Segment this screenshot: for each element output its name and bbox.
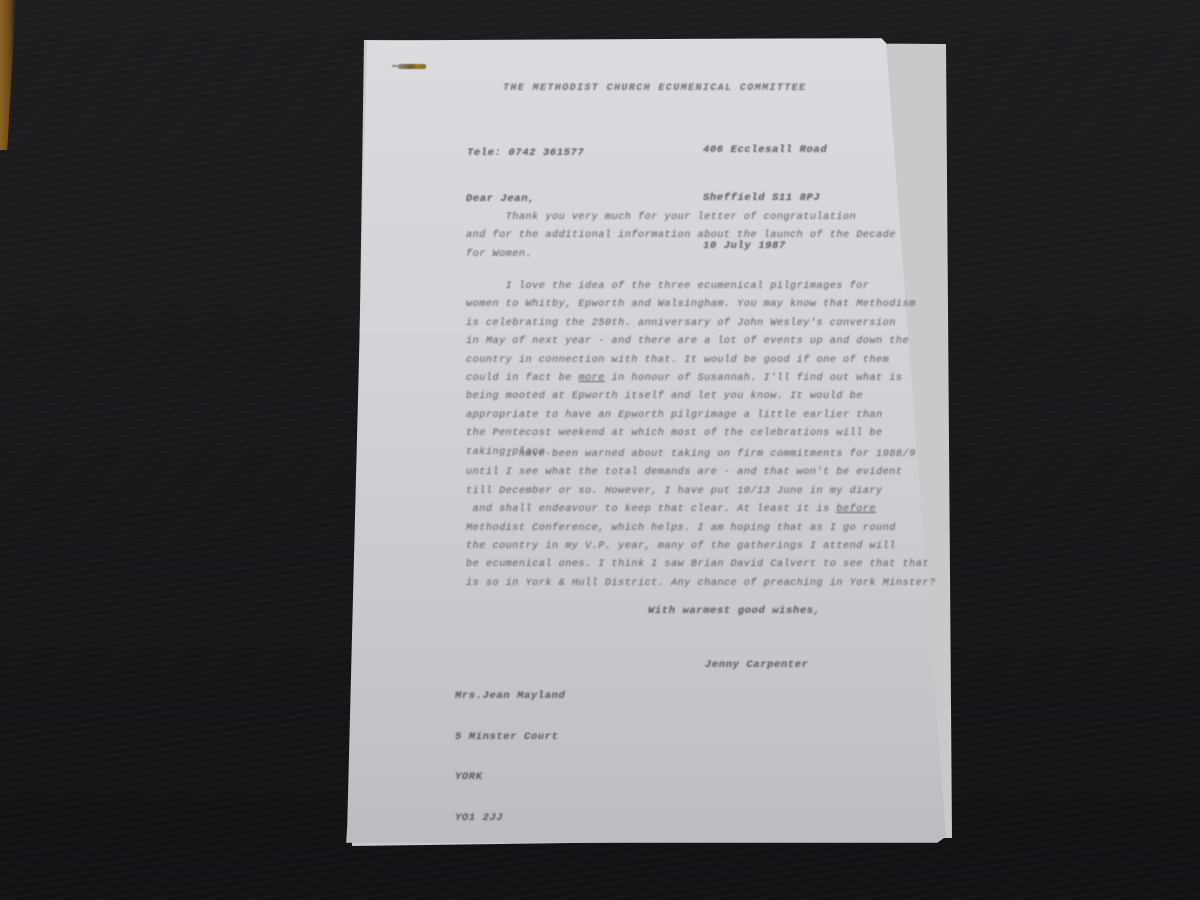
staple-mark: [398, 64, 426, 69]
letterhead: THE METHODIST CHURCH ECUMENICAL COMMITTE…: [503, 80, 806, 98]
paragraph-3: I have been warned about taking on firm …: [466, 446, 926, 593]
paragraph-line: is celebrating the 250th. anniversary of…: [466, 315, 886, 333]
paragraph-line: I love the idea of the three ecumenical …: [466, 278, 886, 296]
paragraph-1: Thank you very much for your letter of c…: [466, 209, 886, 264]
paragraph-line: in May of next year - and there are a lo…: [466, 333, 886, 351]
address-line-street: 406 Ecclesall Road: [703, 142, 827, 158]
recipient-name: Mrs.Jean Mayland: [455, 690, 565, 704]
paragraph-2: I love the idea of the three ecumenical …: [466, 278, 886, 462]
paragraph-line: Thank you very much for your letter of c…: [466, 209, 886, 227]
paragraph-line: until I see what the total demands are -…: [466, 464, 926, 482]
paragraph-line: the country in my V.P. year, many of the…: [466, 538, 926, 556]
paragraph-line: the Pentecost weekend at which most of t…: [466, 425, 886, 443]
paragraph-line: women to Whitby, Epworth and Walsingham.…: [466, 296, 886, 314]
paragraph-line: and shall endeavour to keep that clear. …: [466, 501, 926, 519]
recipient-city: YORK: [455, 771, 565, 785]
paragraph-line: I have been warned about taking on firm …: [466, 446, 926, 464]
closing: With warmest good wishes,: [648, 602, 821, 620]
paragraph-line: Methodist Conference, which helps. I am …: [466, 520, 926, 538]
signature: Jenny Carpenter: [705, 656, 809, 674]
recipient-street: 5 Minster Court: [455, 731, 565, 745]
paragraph-line: is so in York & Hull District. Any chanc…: [466, 575, 926, 593]
paragraph-line: could in fact be more in honour of Susan…: [466, 370, 886, 388]
recipient-postcode: YO1 2JJ: [455, 812, 565, 826]
paragraph-line: for Women.: [466, 246, 886, 264]
address-line-city: Sheffield S11 8PJ: [703, 190, 827, 206]
paragraph-line: appropriate to have an Epworth pilgrimag…: [466, 407, 886, 425]
desk-wood-edge: [0, 0, 16, 150]
paragraph-line: be ecumenical ones. I think I saw Brian …: [466, 556, 926, 574]
paragraph-line: being mooted at Epworth itself and let y…: [466, 388, 886, 406]
recipient-address: Mrs.Jean Mayland 5 Minster Court YORK YO…: [455, 663, 565, 839]
salutation: Dear Jean,: [466, 190, 535, 208]
underlined-word: more: [578, 373, 604, 384]
telephone-number: Tele: 0742 361577: [467, 144, 584, 162]
underlined-word: before: [836, 504, 876, 515]
paragraph-line: till December or so. However, I have put…: [466, 483, 926, 501]
paragraph-line: country in connection with that. It woul…: [466, 352, 886, 370]
paragraph-line: and for the additional information about…: [466, 227, 886, 245]
